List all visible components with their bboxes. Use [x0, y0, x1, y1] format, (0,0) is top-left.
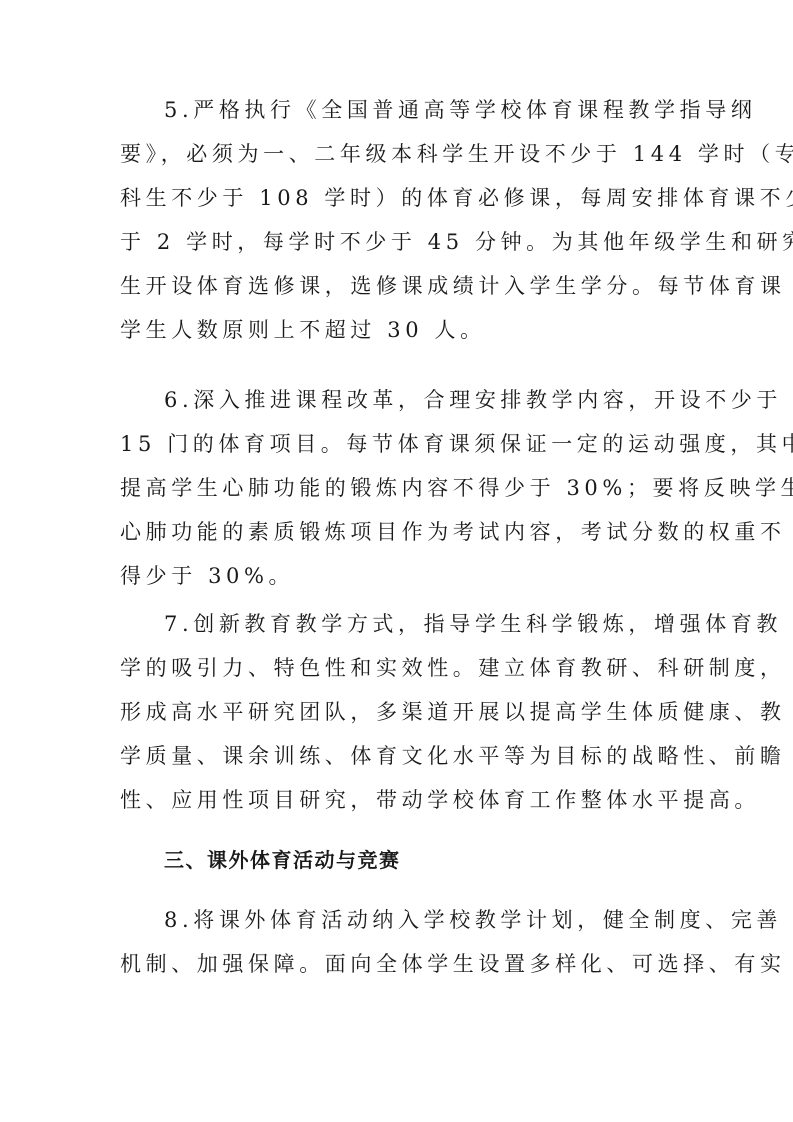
paragraph-5-line-5: 生开设体育选修课，选修课成绩计入学生学分。每节体育课	[120, 272, 786, 300]
paragraph-8-line-1: 8.将课外体育活动纳入学校教学计划，健全制度、完善	[164, 906, 782, 934]
paragraph-7-line-5: 性、应用性项目研究，带动学校体育工作整体水平提高。	[120, 786, 760, 814]
paragraph-7-line-2: 学的吸引力、特色性和实效性。建立体育教研、科研制度，	[120, 654, 786, 682]
paragraph-8-line-2: 机制、加强保障。面向全体学生设置多样化、可选择、有实	[120, 950, 786, 978]
paragraph-5-line-3: 科生不少于 108 学时）的体育必修课，每周安排体育课不少	[120, 184, 793, 212]
paragraph-6-line-1: 6.深入推进课程改革，合理安排教学内容，开设不少于	[164, 386, 782, 414]
paragraph-7-line-4: 学质量、课余训练、体育文化水平等为目标的战略性、前瞻	[120, 742, 786, 770]
section-heading: 三、课外体育活动与竞赛	[164, 846, 401, 874]
paragraph-7-line-3: 形成高水平研究团队，多渠道开展以提高学生体质健康、教	[120, 698, 786, 726]
paragraph-6-line-4: 心肺功能的素质锻炼项目作为考试内容，考试分数的权重不	[120, 518, 786, 546]
paragraph-5-line-1: 5.严格执行《全国普通高等学校体育课程教学指导纲	[164, 96, 756, 124]
paragraph-5-line-2: 要》，必须为一、二年级本科学生开设不少于 144 学时（专	[120, 140, 793, 168]
paragraph-6-line-2: 15 门的体育项目。每节体育课须保证一定的运动强度，其中	[120, 430, 793, 458]
paragraph-5-line-4: 于 2 学时，每学时不少于 45 分钟。为其他年级学生和研究	[120, 228, 793, 256]
paragraph-7-line-1: 7.创新教育教学方式，指导学生科学锻炼，增强体育教	[164, 610, 782, 638]
paragraph-6-line-3: 提高学生心肺功能的锻炼内容不得少于 30%；要将反映学生	[120, 474, 793, 502]
paragraph-5-line-6: 学生人数原则上不超过 30 人。	[120, 316, 486, 344]
paragraph-6-line-5: 得少于 30%。	[120, 562, 294, 590]
